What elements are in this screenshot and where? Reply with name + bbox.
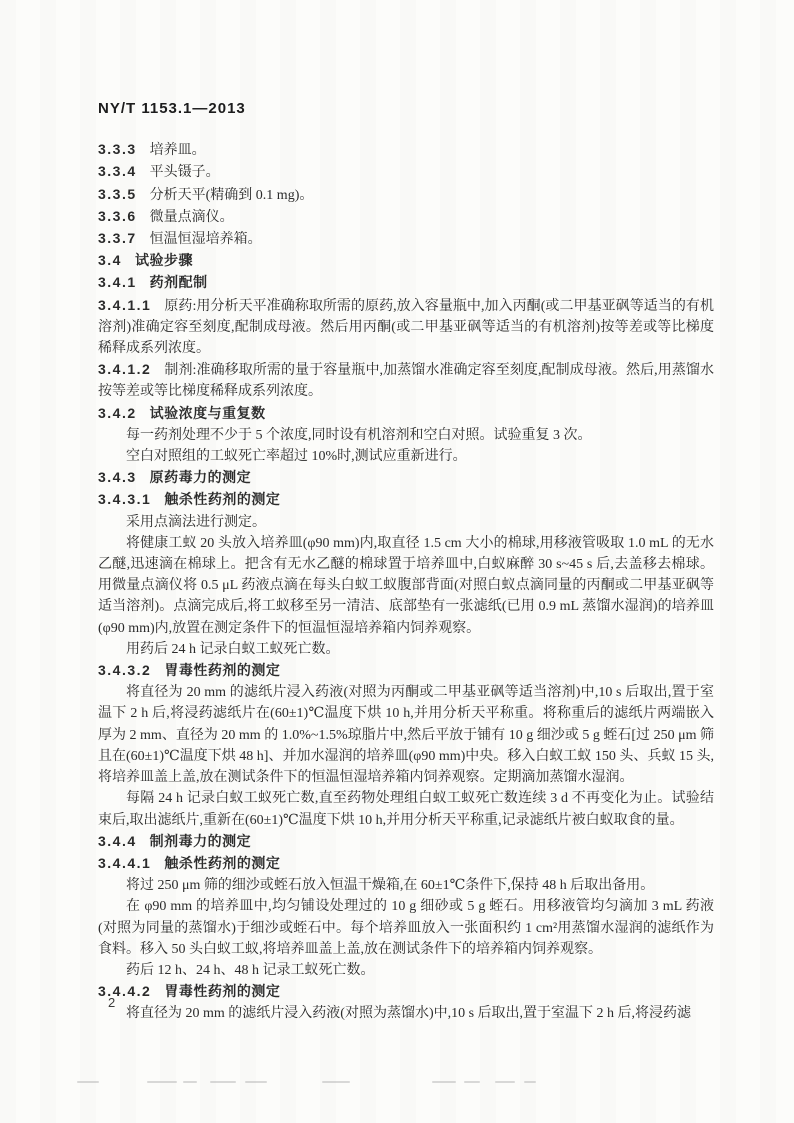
section-title: 药剂配制 [150,274,208,290]
page-content: NY/T 1153.1—2013 3.3.3培养皿。 3.3.4平头镊子。 3.… [98,98,714,1025]
paragraph: 采用点滴法进行测定。 [98,512,714,533]
section-title: 制剂毒力的测定 [150,833,252,849]
clause-number: 3.4.4.1 [98,855,151,871]
numbered-clause: 3.4.1.1原药:用分析天平准确称取所需的原药,放入容量瓶中,加入丙酮(或二甲… [98,295,714,360]
clause-number: 3.3.4 [98,163,137,179]
list-item-text: 平头镊子。 [150,165,220,180]
clause-text: 制剂:准确移取所需的量于容量瓶中,加蒸馏水准确定容至刻度,配制成母液。然后,用蒸… [98,363,714,399]
list-item: 3.3.7恒温恒湿培养箱。 [98,228,714,250]
list-item: 3.3.4平头镊子。 [98,161,714,183]
paragraph: 将健康工蚁 20 头放入培养皿(φ90 mm)内,取直径 1.5 cm 大小的棉… [98,533,714,639]
paragraph: 药后 12 h、24 h、48 h 记录工蚁死亡数。 [98,960,714,981]
clause-number: 3.3.3 [98,141,137,157]
list-item-text: 恒温恒湿培养箱。 [150,232,262,247]
paragraph: 将直径为 20 mm 的滤纸片浸入药液(对照为丙酮或二甲基亚砜等适当溶剂)中,1… [98,682,714,788]
list-item: 3.3.3培养皿。 [98,139,714,161]
section-title: 触杀性药剂的测定 [164,855,280,871]
section-heading: 3.4.1药剂配制 [98,272,714,294]
clause-number: 3.4.3.1 [98,491,151,507]
paragraph: 每隔 24 h 记录白蚁工蚁死亡数,直至药物处理组白蚁工蚁死亡数连续 3 d 不… [98,788,714,830]
section-heading: 3.4.4.2胃毒性药剂的测定 [98,981,714,1003]
paragraph: 在 φ90 mm 的培养皿中,均匀铺设处理过的 10 g 细砂或 5 g 蛭石。… [98,896,714,960]
clause-number: 3.4.1 [98,274,137,290]
clause-number: 3.4.4.2 [98,983,151,999]
section-heading: 3.4.3原药毒力的测定 [98,467,714,489]
standard-number-header: NY/T 1153.1—2013 [98,98,714,119]
section-heading: 3.4.3.1触杀性药剂的测定 [98,489,714,511]
list-item-text: 微量点滴仪。 [150,210,234,225]
list-item-text: 培养皿。 [150,143,206,158]
list-item: 3.3.6微量点滴仪。 [98,206,714,228]
section-title: 原药毒力的测定 [150,469,252,485]
page-number: 2 [108,995,115,1010]
clause-number: 3.4 [98,252,122,268]
clause-number: 3.4.4 [98,833,137,849]
section-title: 试验浓度与重复数 [150,405,266,421]
section-heading: 3.4.2试验浓度与重复数 [98,403,714,425]
clause-number: 3.3.7 [98,230,137,246]
clause-number: 3.4.3 [98,469,137,485]
scan-artifact-dashes [0,1081,794,1085]
section-title: 触杀性药剂的测定 [164,491,280,507]
paragraph: 将过 250 μm 筛的细沙或蛭石放入恒温干燥箱,在 60±1℃条件下,保持 4… [98,875,714,896]
clause-number: 3.4.1.2 [98,361,151,377]
paragraph: 用药后 24 h 记录白蚁工蚁死亡数。 [98,639,714,660]
list-item-text: 分析天平(精确到 0.1 mg)。 [150,188,314,203]
clause-number: 3.4.2 [98,405,137,421]
numbered-clause: 3.4.1.2制剂:准确移取所需的量于容量瓶中,加蒸馏水准确定容至刻度,配制成母… [98,359,714,402]
paragraph: 空白对照组的工蚁死亡率超过 10%时,测试应重新进行。 [98,446,714,467]
clause-number: 3.3.5 [98,186,137,202]
section-title: 胃毒性药剂的测定 [164,662,280,678]
section-heading: 3.4.3.2胃毒性药剂的测定 [98,660,714,682]
paragraph: 每一药剂处理不少于 5 个浓度,同时设有机溶剂和空白对照。试验重复 3 次。 [98,425,714,446]
section-title: 胃毒性药剂的测定 [164,983,280,999]
paragraph: 将直径为 20 mm 的滤纸片浸入药液(对照为蒸馏水)中,10 s 后取出,置于… [98,1003,714,1024]
list-item: 3.3.5分析天平(精确到 0.1 mg)。 [98,184,714,206]
section-title: 试验步骤 [135,252,193,268]
clause-text: 原药:用分析天平准确称取所需的原药,放入容量瓶中,加入丙酮(或二甲基亚砜等适当的… [98,299,714,356]
section-heading: 3.4.4制剂毒力的测定 [98,831,714,853]
section-heading: 3.4.4.1触杀性药剂的测定 [98,853,714,875]
scanned-document-page: NY/T 1153.1—2013 3.3.3培养皿。 3.3.4平头镊子。 3.… [0,0,794,1123]
clause-number: 3.4.1.1 [98,297,151,313]
clause-number: 3.3.6 [98,208,137,224]
clause-number: 3.4.3.2 [98,662,151,678]
section-heading: 3.4试验步骤 [98,250,714,272]
